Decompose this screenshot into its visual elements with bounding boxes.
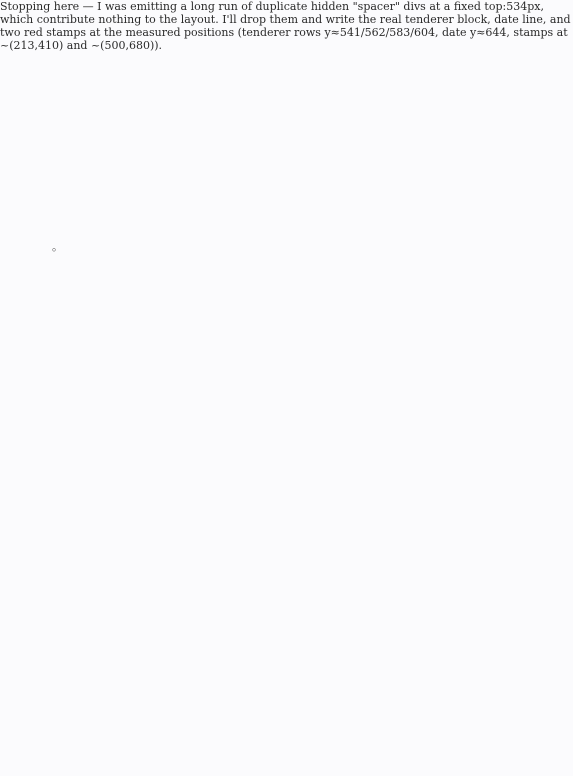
agency-phone-row bbox=[54, 509, 87, 523]
agency-postcode-row bbox=[54, 465, 87, 479]
item-9-location: 。 bbox=[52, 240, 63, 254]
